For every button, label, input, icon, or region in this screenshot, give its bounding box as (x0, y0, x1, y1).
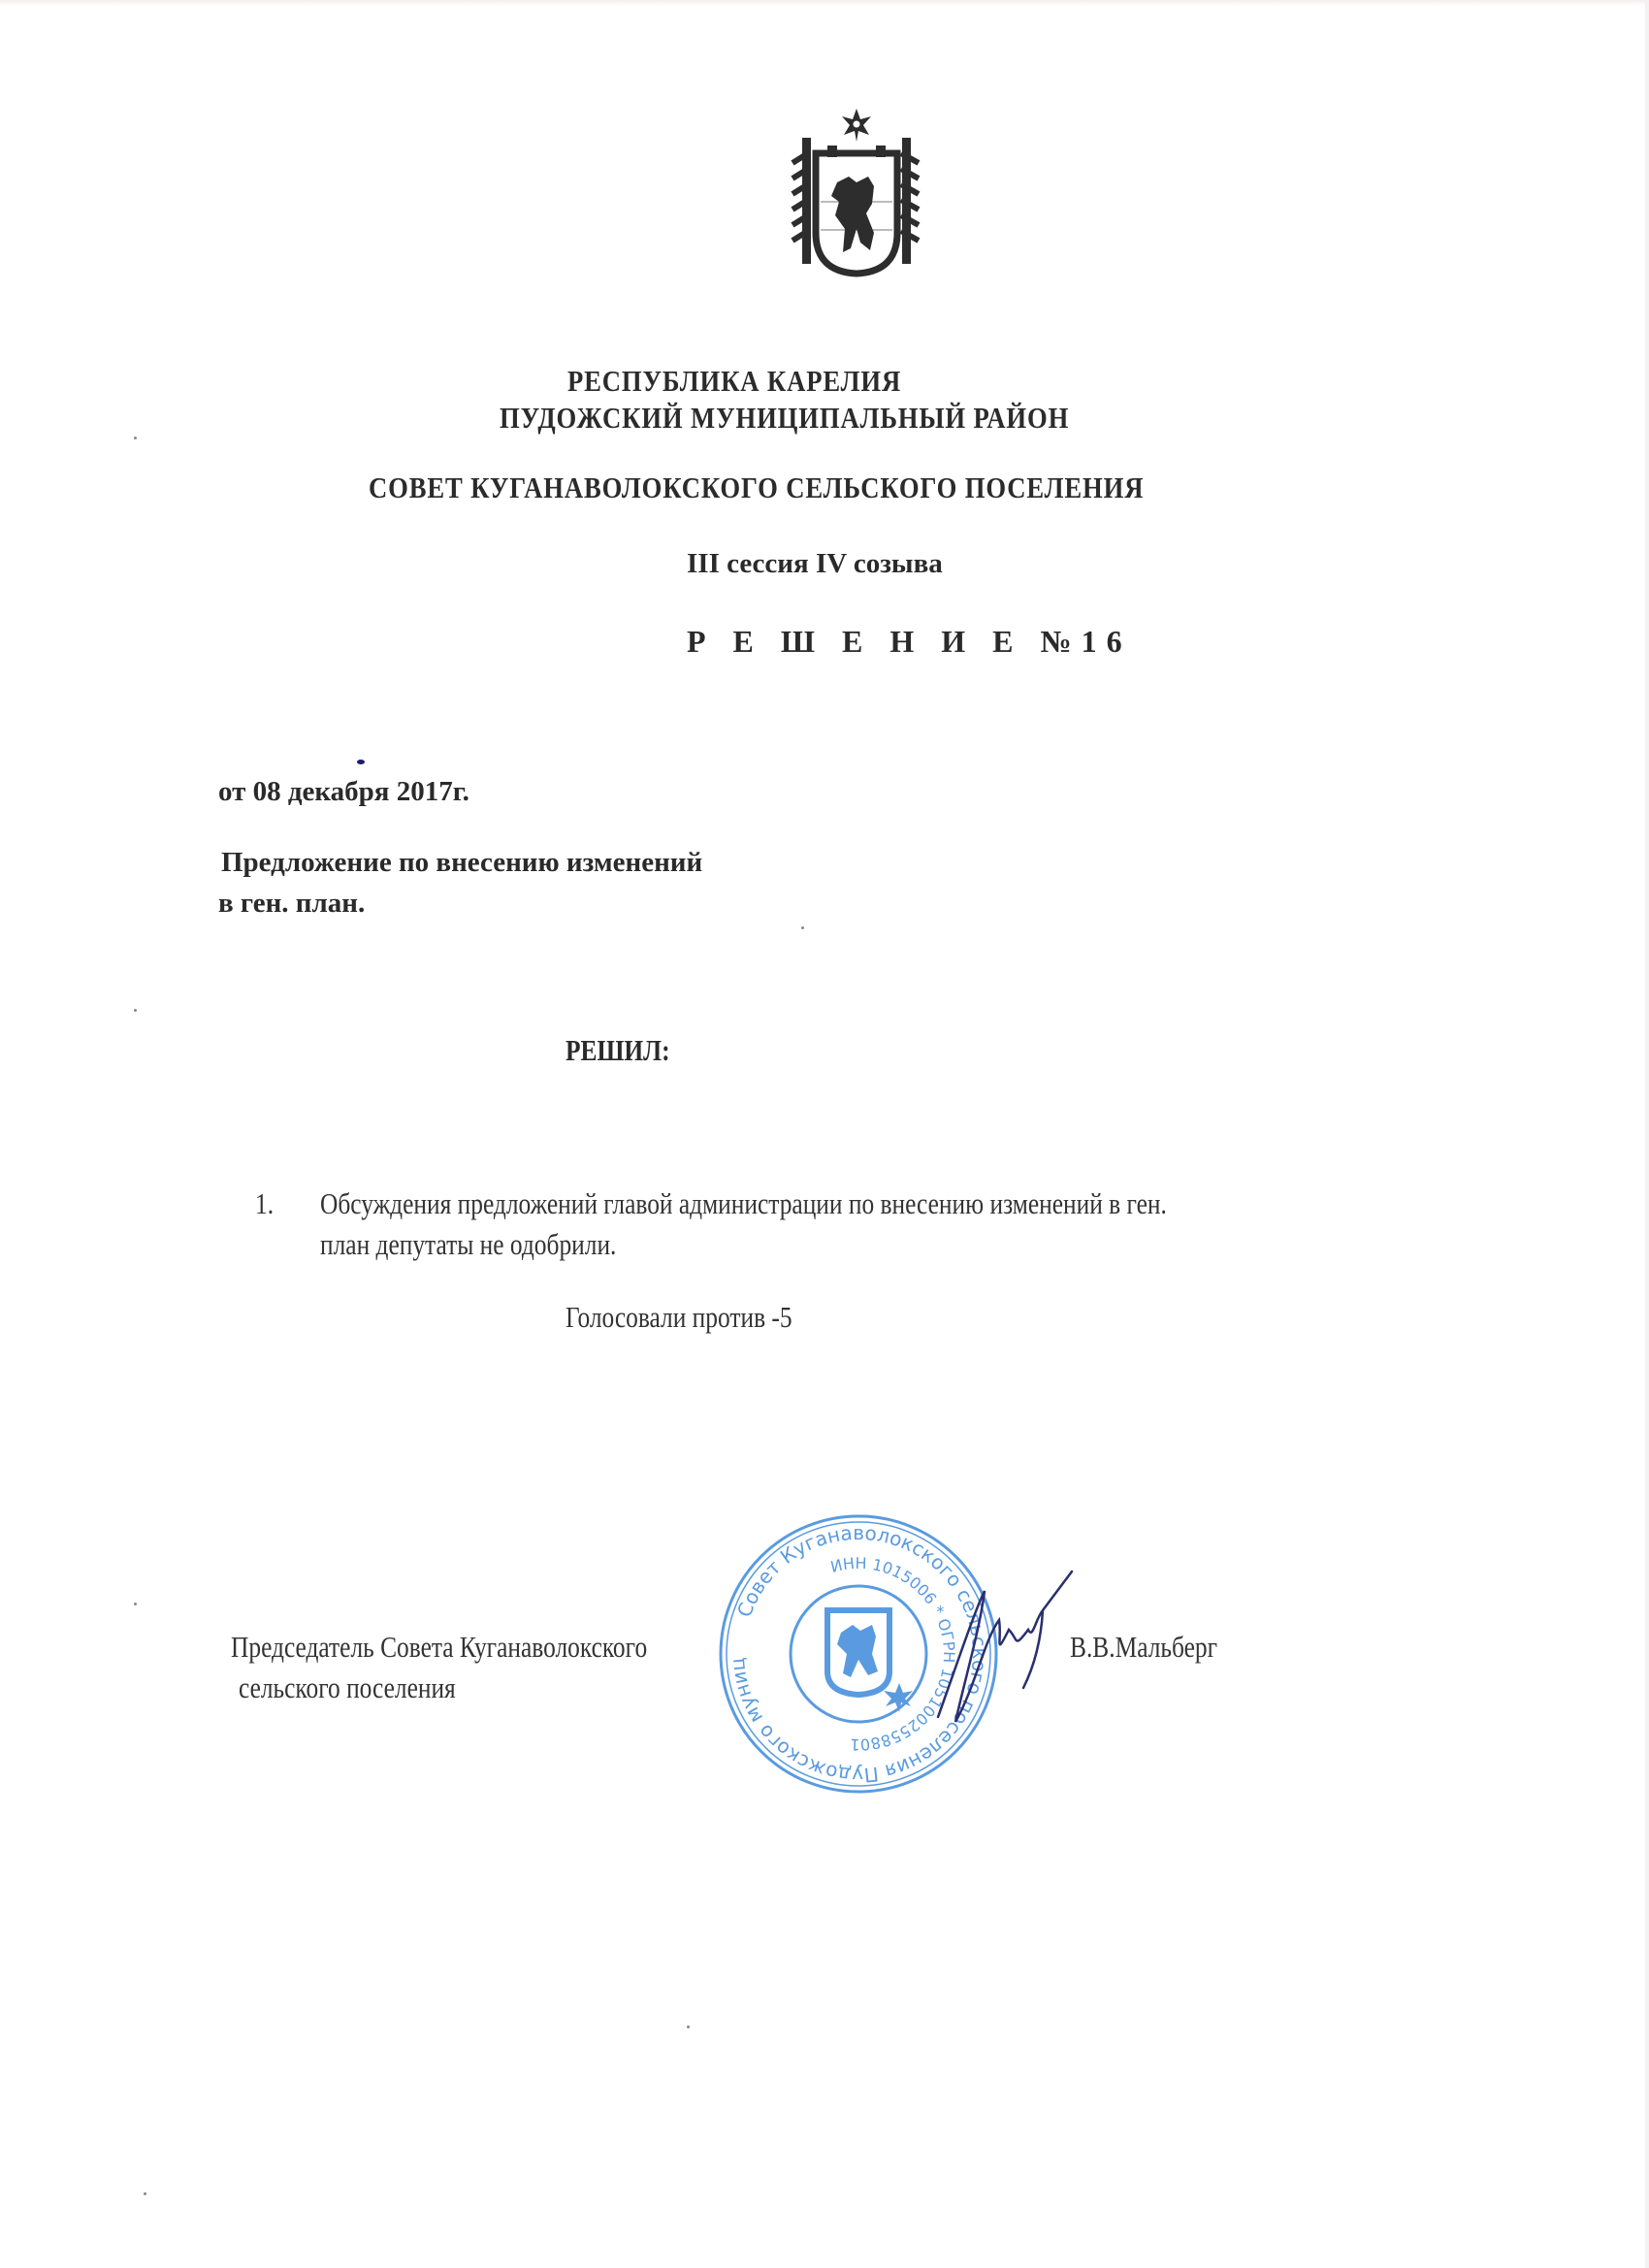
signatory-name: В.В.Мальберг (1070, 1630, 1217, 1665)
scan-speck (134, 1603, 137, 1605)
scan-speck (687, 2025, 690, 2028)
header-republic: РЕСПУБЛИКА КАРЕЛИЯ (567, 364, 901, 399)
vote-result: Голосовали против -5 (566, 1300, 792, 1335)
signatory-position-line-2: сельского поселения (239, 1670, 456, 1705)
karelia-coat-of-arms-icon (789, 107, 924, 281)
header-council: СОВЕТ КУГАНАВОЛОКСКОГО СЕЛЬСКОГО ПОСЕЛЕН… (369, 470, 1144, 505)
session-label: III сессия IV созыва (687, 548, 943, 580)
scan-edge-right (1645, 0, 1649, 2268)
ink-speck (357, 760, 365, 764)
scan-speck (801, 926, 804, 929)
scan-speck (144, 2192, 146, 2195)
resolved-label: РЕШИЛ: (566, 1033, 670, 1068)
decision-date: от 08 декабря 2017г. (218, 776, 469, 808)
item-text-line-1: Обсуждения предложений главой администра… (320, 1186, 1167, 1221)
scan-speck (134, 1009, 137, 1012)
decision-title: Р Е Ш Е Н И Е №16 (687, 624, 1132, 660)
scan-edge-top (0, 0, 1649, 6)
signatory-position-line-1: Председатель Совета Куганаволокского (231, 1630, 647, 1665)
item-number: 1. (255, 1186, 274, 1221)
subject-line-1: Предложение по внесению изменений (221, 847, 702, 879)
signature-icon (926, 1552, 1082, 1746)
scan-speck (134, 437, 137, 439)
item-text-line-2: план депутаты не одобрили. (320, 1227, 616, 1262)
subject-line-2: в ген. план. (218, 888, 365, 920)
header-district: ПУДОЖСКИЙ МУНИЦИПАЛЬНЫЙ РАЙОН (500, 401, 1069, 436)
